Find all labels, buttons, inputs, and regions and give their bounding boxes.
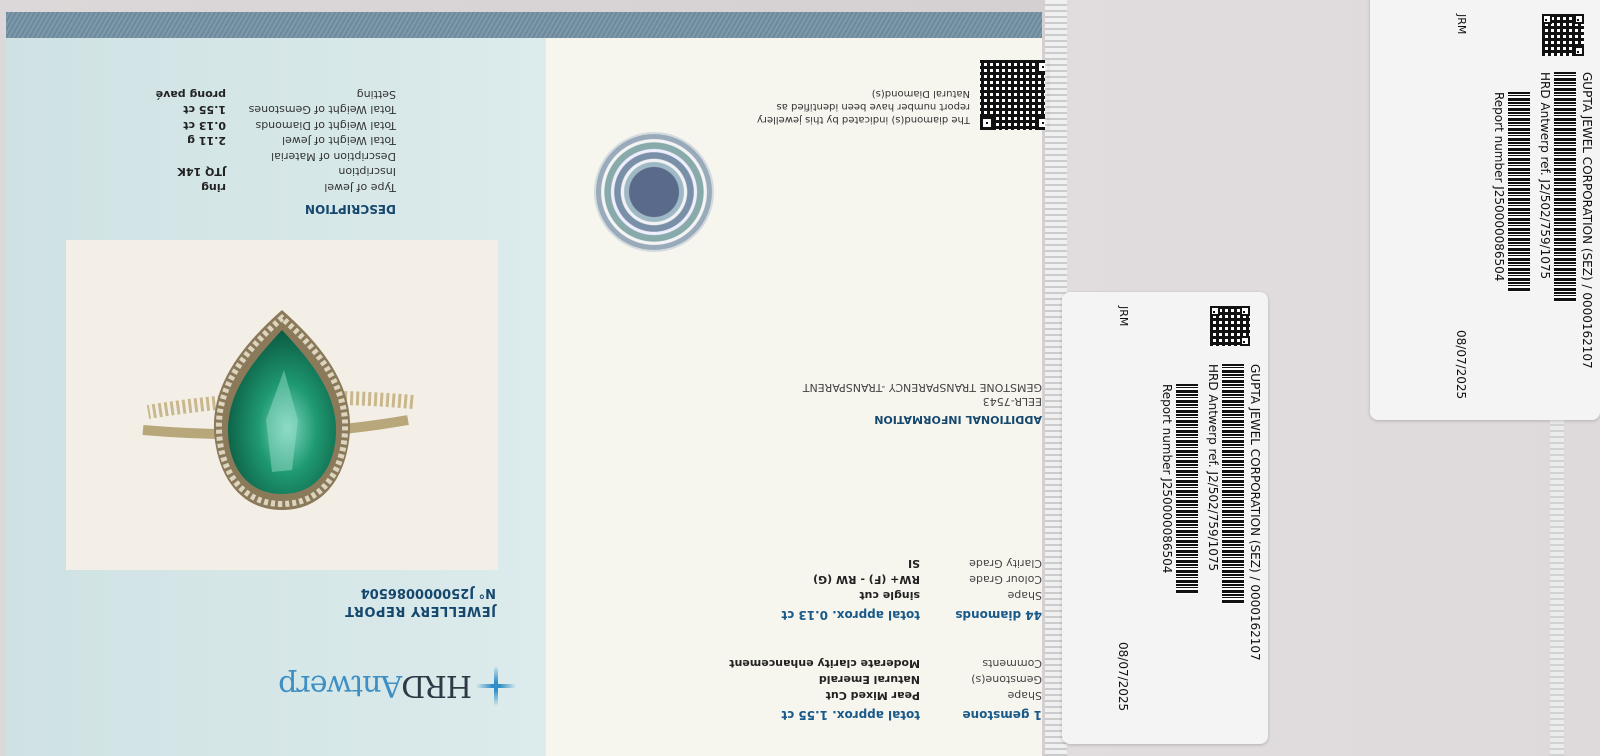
tag-report-number: Report number J250000086504 bbox=[1492, 92, 1506, 281]
tag-barcode-report bbox=[1176, 384, 1198, 594]
dia-colour-value: RW+ (F) - RW (G) bbox=[813, 573, 920, 586]
tag-qr-code[interactable] bbox=[1210, 306, 1250, 346]
desc-row-diamond-weight: Total Weight of Diamonds0.13 ct bbox=[156, 117, 396, 133]
desc-row-setting: Settingprong pavé bbox=[156, 86, 396, 102]
tag-hrd-ref: HRD Antwerp ref. J2/502/759/1075 bbox=[1206, 364, 1220, 571]
report-qr-code[interactable] bbox=[980, 60, 1050, 130]
gemstone-heading: 1 gemstone bbox=[962, 708, 1042, 722]
tag-qr-code[interactable] bbox=[1542, 14, 1584, 56]
report-tag-front: GUPTA JEWEL CORPORATION (SEZ) / 00001621… bbox=[1062, 292, 1268, 744]
logo-suffix: Antwerp bbox=[279, 669, 402, 704]
gemstone-total: total approx. 1.55 ct bbox=[781, 708, 920, 722]
report-top-band bbox=[6, 12, 1042, 38]
report-left-page: HRDAntwerp JEWELLERY REPORT N° J25000008… bbox=[6, 38, 546, 756]
tag-hrd-ref: HRD Antwerp ref. J2/502/759/1075 bbox=[1538, 72, 1552, 279]
dia-shape-label: Shape bbox=[1008, 589, 1042, 602]
jewellery-report-booklet: HRDAntwerp JEWELLERY REPORT N° J25000008… bbox=[6, 12, 1042, 756]
tag-barcode-ref bbox=[1554, 72, 1576, 302]
emerald-ring-image bbox=[66, 240, 498, 570]
tag-date: 08/07/2025 bbox=[1454, 330, 1468, 399]
additional-info-heading: ADDITIONAL INFORMATION bbox=[874, 413, 1042, 426]
additional-line-2: GEMSTONE TRANSPARENCY -TRANSPARENT bbox=[803, 381, 1042, 394]
report-tag-back: GUPTA JEWEL CORPORATION (SEZ) / 00001621… bbox=[1370, 0, 1600, 420]
report-right-page: 1 gemstone total approx. 1.55 ct Shape P… bbox=[546, 38, 1042, 756]
report-number: N° J250000086504 bbox=[361, 585, 496, 600]
tag-code: JRM bbox=[1117, 306, 1130, 326]
tag-code: JRM bbox=[1455, 14, 1468, 34]
gem-type-value: Natural Emerald bbox=[819, 673, 920, 686]
gem-comments-value: Moderate clarity enhancement bbox=[729, 657, 920, 670]
star-logo-icon bbox=[476, 666, 516, 706]
desc-row-material: Description of Material bbox=[156, 148, 396, 164]
diamonds-heading: 44 diamonds bbox=[955, 608, 1042, 622]
ring-photo bbox=[66, 240, 498, 570]
gem-shape-label: Shape bbox=[1008, 689, 1042, 702]
report-title: JEWELLERY REPORT bbox=[345, 603, 496, 618]
hologram-seal bbox=[596, 134, 712, 250]
diamonds-total: total approx. 0.13 ct bbox=[781, 608, 920, 622]
desc-row-gemstone-weight: Total Weight of Gemstones1.55 ct bbox=[156, 101, 396, 117]
desc-row-jewel-weight: Total Weight of Jewel2.11 g bbox=[156, 132, 396, 148]
description-table: Type of Jewelring InscriptionJTQ 14K Des… bbox=[156, 86, 396, 195]
tag-barcode-report bbox=[1508, 92, 1530, 292]
tag-date: 08/07/2025 bbox=[1116, 642, 1130, 711]
natural-diamond-note: The diamond(s) indicated by this jewelle… bbox=[750, 87, 970, 126]
dia-clarity-label: Clarity Grade bbox=[969, 557, 1042, 570]
logo-prefix: HRD bbox=[402, 669, 472, 704]
tag-report-number: Report number J250000086504 bbox=[1160, 384, 1174, 573]
dia-shape-value: single cut bbox=[859, 589, 920, 602]
tag-company: GUPTA JEWEL CORPORATION (SEZ) / 00001621… bbox=[1580, 72, 1594, 369]
desc-row-type: Type of Jewelring bbox=[156, 179, 396, 195]
gem-shape-value: Pear Mixed Cut bbox=[826, 689, 920, 702]
tag-barcode-ref bbox=[1222, 364, 1244, 604]
dia-colour-label: Colour Grade bbox=[969, 573, 1042, 586]
description-heading: DESCRIPTION bbox=[305, 202, 396, 216]
additional-line-1: EELR-7543 bbox=[983, 395, 1042, 408]
tag-company: GUPTA JEWEL CORPORATION (SEZ) / 00001621… bbox=[1248, 364, 1262, 661]
gem-type-label: Gemstone(s) bbox=[971, 673, 1042, 686]
desc-row-inscription: InscriptionJTQ 14K bbox=[156, 163, 396, 179]
dia-clarity-value: SI bbox=[908, 557, 920, 570]
hrd-logo: HRDAntwerp bbox=[279, 666, 516, 706]
gem-comments-label: Comments bbox=[982, 657, 1042, 670]
